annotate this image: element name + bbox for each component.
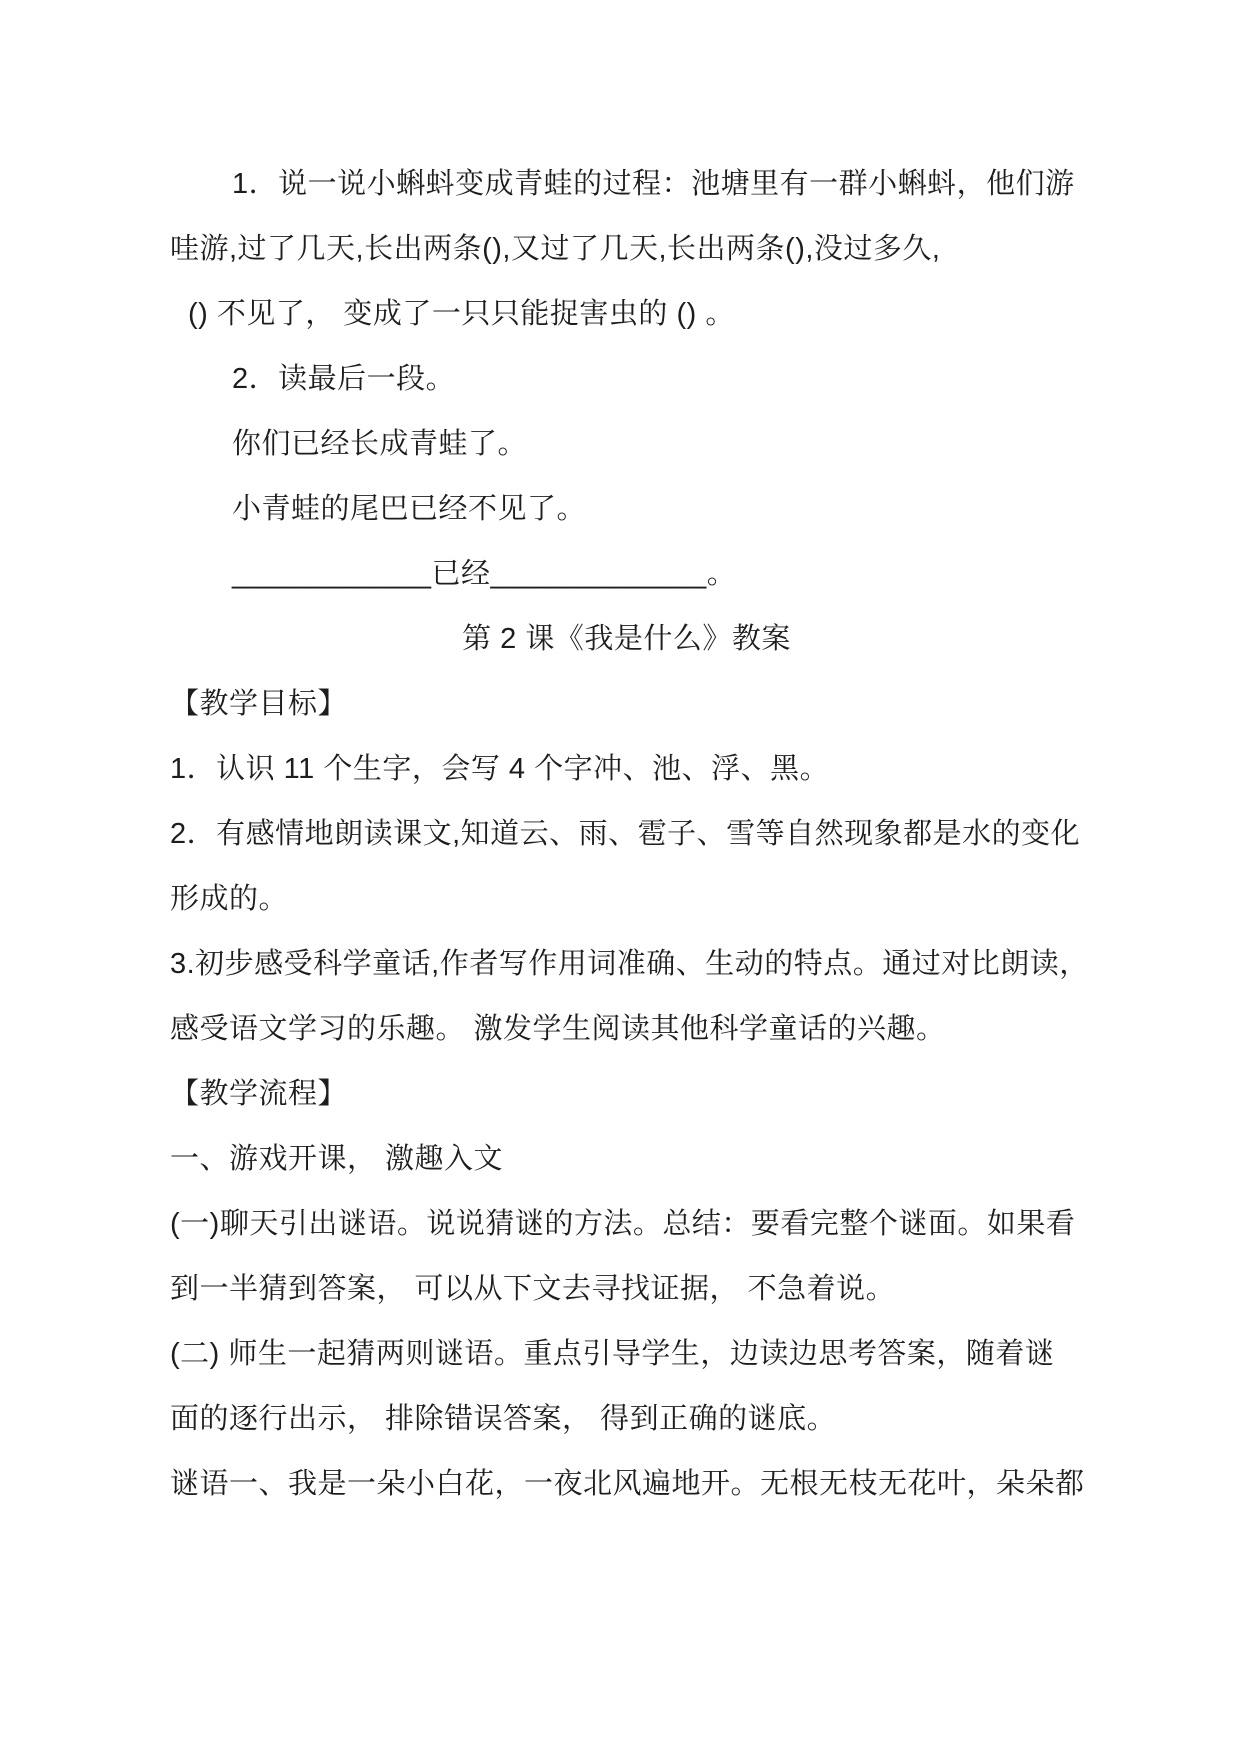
process-step-1-1-cont: 到一半猜到答案， 可以从下文去寻找证据， 不急着说。 (170, 1257, 1083, 1322)
goal-item-1: 1．认识 11 个生字，会写 4 个字冲、池、浮、黑。 (170, 737, 1083, 802)
doc-line-task1: 1．说一说小蝌蚪变成青蛙的过程：池塘里有一群小蝌蚪，他们游 (170, 152, 1083, 217)
process-step-1: 一、游戏开课， 激趣入文 (170, 1127, 1083, 1192)
goal-item-3: 3.初步感受科学童话,作者写作用词准确、生动的特点。通过对比朗读， (170, 932, 1083, 997)
blank-fill-line: ____________已经_____________。 (170, 542, 1083, 607)
goal-item-3-cont: 感受语文学习的乐趣。 激发学生阅读其他科学童话的兴趣。 (170, 997, 1083, 1062)
section-heading-goals: 【教学目标】 (170, 672, 1083, 737)
doc-line-task1-cont2: () 不见了， 变成了一只只能捉害虫的 () 。 (170, 282, 1083, 347)
section-heading-process: 【教学流程】 (170, 1062, 1083, 1127)
doc-line-task2: 2．读最后一段。 (170, 347, 1083, 412)
process-step-1-1: (一)聊天引出谜语。说说猜谜的方法。总结：要看完整个谜面。如果看 (170, 1192, 1083, 1257)
riddle-1-line: 谜语一、我是一朵小白花，一夜北风遍地开。无根无枝无花叶，朵朵都 (170, 1452, 1083, 1517)
doc-line-task1-cont: 哇游,过了几天,长出两条(),又过了几天,长出两条(),没过多久, (170, 217, 1083, 282)
doc-title: 第 2 课《我是什么》教案 (170, 607, 1083, 672)
document-page: 1．说一说小蝌蚪变成青蛙的过程：池塘里有一群小蝌蚪，他们游 哇游,过了几天,长出… (0, 0, 1241, 1754)
doc-line-sentence2: 小青蛙的尾巴已经不见了。 (170, 477, 1083, 542)
process-step-1-2-cont: 面的逐行出示， 排除错误答案， 得到正确的谜底。 (170, 1387, 1083, 1452)
process-step-1-2: (二) 师生一起猜两则谜语。重点引导学生，边读边思考答案，随着谜 (170, 1322, 1083, 1387)
goal-item-2: 2．有感情地朗读课文,知道云、雨、雹子、雪等自然现象都是水的变化 (170, 802, 1083, 867)
goal-item-2-cont: 形成的。 (170, 867, 1083, 932)
doc-line-sentence1: 你们已经长成青蛙了。 (170, 412, 1083, 477)
